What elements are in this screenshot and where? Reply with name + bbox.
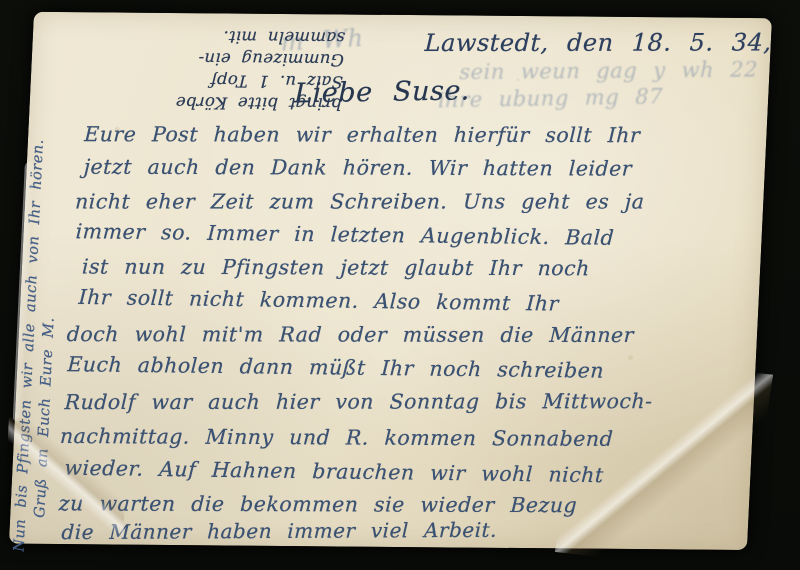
paper-crease (555, 353, 773, 570)
upside-down-note-line: Gummizeug ein- (97, 46, 344, 70)
body-line: jetzt auch den Dank hören. Wir hatten le… (83, 157, 632, 179)
greeting: Liebe Suse. (294, 75, 470, 109)
body-line: Ihr sollt nicht kommen. Also kommt Ihr (78, 287, 559, 314)
body-line: Euch abholen dann müßt Ihr noch schreibe… (67, 354, 605, 381)
body-line: zu warten die bekommen sie wieder Bezug (58, 493, 577, 515)
body-line: nachmittag. Minny und R. kommen Sonnaben… (60, 426, 614, 449)
ghost-handwriting-line: sein weun gag y wh 22 (459, 58, 758, 85)
body-line: die Männer haben immer viel Arbeit. (61, 520, 497, 542)
ghost-handwriting-line: ihre ubung mg 87 (438, 84, 663, 112)
body-line: wieder. Auf Hahnen brauchen wir wohl nic… (64, 458, 604, 486)
body-line: immer so. Immer in letzten Augenblick. B… (75, 221, 615, 248)
upside-down-note-line: sammeln mit. (98, 24, 345, 48)
postcard: Lawstedt, den 18. 5. 34, m Wh sein weun … (9, 12, 772, 550)
dateline: Lawstedt, den 18. 5. 34, (424, 28, 772, 57)
body-line: ist nun zu Pfingsten jetzt glaubt Ihr no… (82, 257, 591, 279)
body-line: nicht eher Zeit zum Schreiben. Uns geht … (75, 192, 645, 212)
body-line: Rudolf war auch hier von Sonntag bis Mit… (64, 391, 653, 413)
body-line: Eure Post haben wir erhalten hierfür sol… (84, 124, 641, 145)
body-line: doch wohl mit'm Rad oder müssen die Männ… (66, 324, 634, 345)
